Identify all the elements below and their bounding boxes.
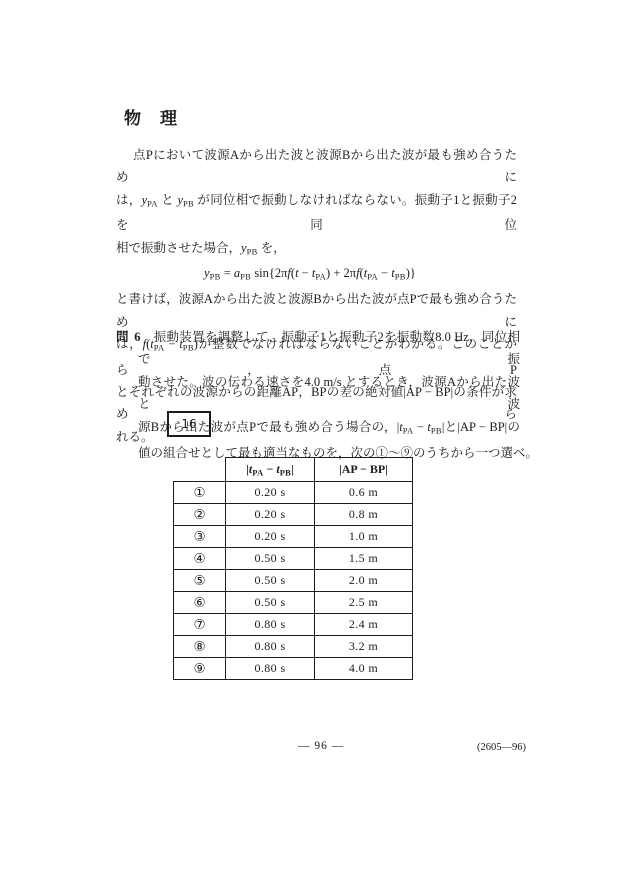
text-line: 相で振動させた場合，yPB を，: [116, 237, 517, 263]
table-row: ②0.20 s0.8 m: [174, 504, 413, 526]
table-row: ①0.20 s0.6 m: [174, 482, 413, 504]
choice-cell: ⑧: [174, 636, 226, 658]
choice-cell: ③: [174, 526, 226, 548]
table-row: ⑧0.80 s3.2 m: [174, 636, 413, 658]
time-cell: 0.20 s: [226, 482, 315, 504]
choice-cell: ②: [174, 504, 226, 526]
time-cell: 0.80 s: [226, 658, 315, 680]
exam-page: 物 理 点Pにおいて波源Aから出た波と波源Bから出た波が最も強め合うためには，y…: [0, 0, 620, 876]
distance-cell: 1.0 m: [315, 526, 413, 548]
distance-cell: 0.6 m: [315, 482, 413, 504]
distance-cell: 2.0 m: [315, 570, 413, 592]
table-row: ③0.20 s1.0 m: [174, 526, 413, 548]
choices-table-body: |tPA − tPB| |AP − BP| ①0.20 s0.6 m②0.20 …: [174, 458, 413, 680]
question-line: 動させた。波の伝わる速さを4.0 m/s とするとき，波源Aから出た波と波: [138, 371, 520, 416]
header-time-diff: |tPA − tPB|: [226, 458, 315, 482]
table-row: ⑥0.50 s2.5 m: [174, 592, 413, 614]
table-row: ④0.50 s1.5 m: [174, 548, 413, 570]
choice-cell: ④: [174, 548, 226, 570]
time-cell: 0.20 s: [226, 504, 315, 526]
table-row: ⑨0.80 s4.0 m: [174, 658, 413, 680]
header-distance-diff: |AP − BP|: [315, 458, 413, 482]
time-cell: 0.50 s: [226, 570, 315, 592]
table-row: ⑤0.50 s2.0 m: [174, 570, 413, 592]
distance-cell: 0.8 m: [315, 504, 413, 526]
question-label: 問 6: [116, 330, 141, 344]
distance-cell: 2.4 m: [315, 614, 413, 636]
formula-line: yPB = aPB sin{2πf(t − tPA) + 2πf(tPA − t…: [116, 262, 517, 288]
choices-table: |tPA − tPB| |AP − BP| ①0.20 s0.6 m②0.20 …: [173, 457, 413, 680]
choice-cell: ⑥: [174, 592, 226, 614]
page-title: 物 理: [124, 104, 178, 129]
question-line: 問 6振動装置を調整して，振動子1と振動子2を振動数8.0 Hz，同位相で振: [138, 326, 520, 371]
page-number: — 96 —: [298, 740, 344, 752]
distance-cell: 4.0 m: [315, 658, 413, 680]
answer-number-box: 16: [167, 411, 211, 437]
choice-cell: ⑦: [174, 614, 226, 636]
choice-cell: ①: [174, 482, 226, 504]
choice-cell: ⑤: [174, 570, 226, 592]
header-spacer-cell: [174, 458, 226, 482]
time-cell: 0.50 s: [226, 592, 315, 614]
question-lines: 問 6振動装置を調整して，振動子1と振動子2を振動数8.0 Hz，同位相で振動さ…: [116, 326, 520, 464]
text-line: は，yPA と yPB が同位相で振動しなければならない。振動子1と振動子2を同…: [116, 189, 517, 237]
table-row: ⑦0.80 s2.4 m: [174, 614, 413, 636]
question-6: 問 6振動装置を調整して，振動子1と振動子2を振動数8.0 Hz，同位相で振動さ…: [116, 326, 520, 464]
distance-cell: 2.5 m: [315, 592, 413, 614]
time-cell: 0.20 s: [226, 526, 315, 548]
choice-cell: ⑨: [174, 658, 226, 680]
answer-number: 16: [181, 417, 196, 431]
table-header-row: |tPA − tPB| |AP − BP|: [174, 458, 413, 482]
distance-cell: 1.5 m: [315, 548, 413, 570]
distance-cell: 3.2 m: [315, 636, 413, 658]
doc-code: (2605—96): [477, 742, 526, 753]
time-cell: 0.80 s: [226, 636, 315, 658]
time-cell: 0.50 s: [226, 548, 315, 570]
text-line: 点Pにおいて波源Aから出た波と波源Bから出た波が最も強め合うために: [116, 144, 517, 189]
time-cell: 0.80 s: [226, 614, 315, 636]
